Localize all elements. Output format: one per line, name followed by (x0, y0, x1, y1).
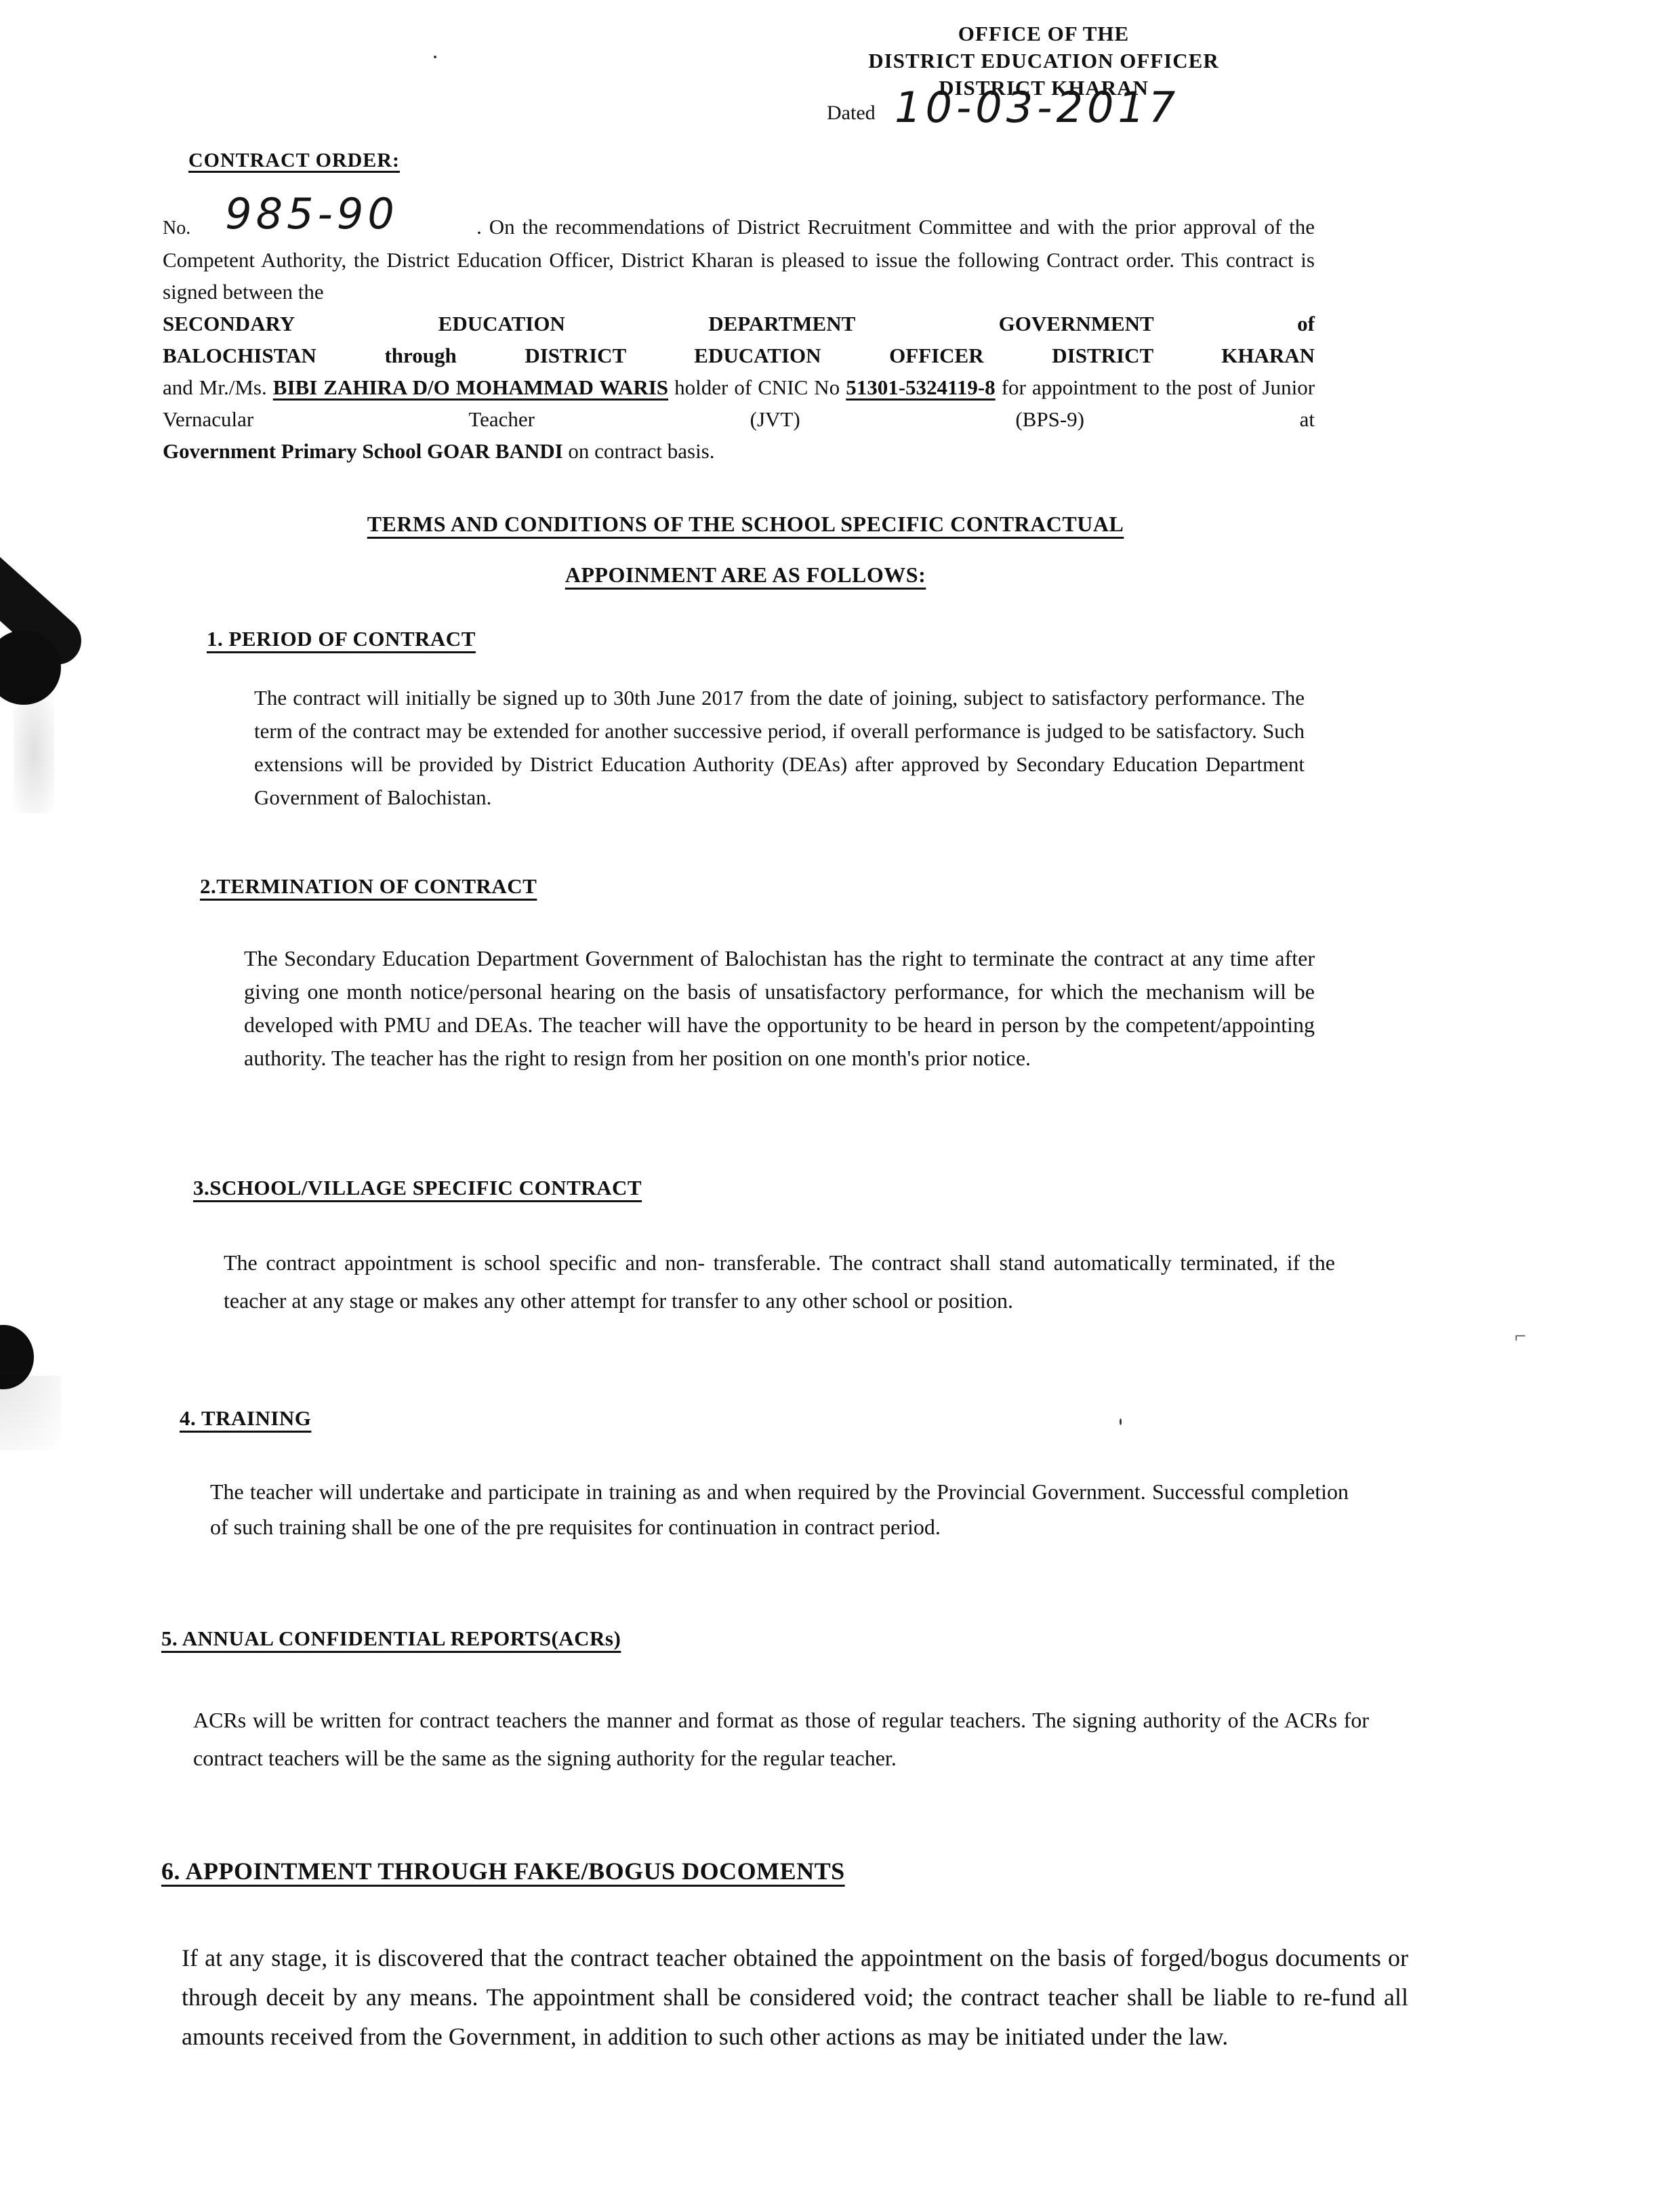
party-1: SECONDARY EDUCATION DEPARTMENT GOVERNMEN… (163, 308, 1315, 340)
ref-label: No. (163, 218, 190, 239)
school-name: GOAR BANDI (427, 439, 563, 463)
section-body-termination: The Secondary Education Department Gover… (244, 942, 1315, 1075)
appointee-name: BIBI ZAHIRA D/O MOHAMMAD WARIS (273, 375, 668, 399)
section-body-acrs: ACRs will be written for contract teache… (193, 1701, 1369, 1777)
terms-heading: TERMS AND CONDITIONS OF THE SCHOOL SPECI… (183, 512, 1308, 537)
cnic-number: 51301-5324119-8 (846, 375, 995, 399)
contract-order-title: CONTRACT ORDER: (188, 149, 400, 172)
scan-speck (434, 56, 436, 58)
party-word: DEPARTMENT (708, 308, 855, 340)
terms-heading: APPOINMENT ARE AS FOLLOWS: (183, 562, 1308, 588)
party-word: GOVERNMENT (999, 308, 1154, 340)
section-heading-termination: 2.TERMINATION OF CONTRACT (200, 874, 537, 899)
dated-value: 10-03-2017 (895, 83, 1179, 132)
dated-label: Dated (827, 102, 876, 124)
scan-speck: ⌐ (1515, 1325, 1526, 1348)
section-body-period: The contract will initially be signed up… (254, 681, 1305, 814)
scan-smudge (0, 1376, 61, 1450)
section-heading-fake-documents: 6. APPOINTMENT THROUGH FAKE/BOGUS DOCOME… (161, 1857, 845, 1885)
office-line: OFFICE OF THE (800, 20, 1288, 47)
section-heading-acrs: 5. ANNUAL CONFIDENTIAL REPORTS(ACRs) (161, 1626, 621, 1651)
document-page: ⌐ OFFICE OF THE DISTRICT EDUCATION OFFIC… (0, 0, 1659, 2212)
basis-text: on contract basis. (568, 439, 714, 463)
section-heading-school-specific: 3.SCHOOL/VILLAGE SPECIFIC CONTRACT (193, 1176, 642, 1200)
party-1-continued: BALOCHISTAN through DISTRICT EDUCATION O… (163, 344, 1315, 367)
section-heading-training: 4. TRAINING (180, 1406, 311, 1431)
party-word: SECONDARY (163, 308, 295, 340)
section-body-school-specific: The contract appointment is school speci… (224, 1244, 1335, 1319)
scan-speck (1120, 1418, 1122, 1425)
party-word: EDUCATION (438, 308, 565, 340)
dated-row: Dated 10-03-2017 (827, 102, 876, 125)
office-line: DISTRICT EDUCATION OFFICER (800, 47, 1288, 75)
intro-paragraph: No. 985-90 . On the recommendations of D… (163, 203, 1315, 467)
section-body-fake-documents: If at any stage, it is discovered that t… (182, 1938, 1408, 2056)
ref-number: 985-90 (198, 198, 469, 230)
section-heading-period: 1. PERIOD OF CONTRACT (207, 627, 476, 651)
section-body-training: The teacher will undertake and participa… (210, 1474, 1349, 1544)
scan-smudge (14, 691, 54, 813)
school-prefix: Government Primary School (163, 439, 422, 463)
and-label: and Mr./Ms. (163, 375, 267, 399)
cnic-label: holder of CNIC No (674, 375, 840, 399)
party-word: of (1297, 308, 1315, 340)
